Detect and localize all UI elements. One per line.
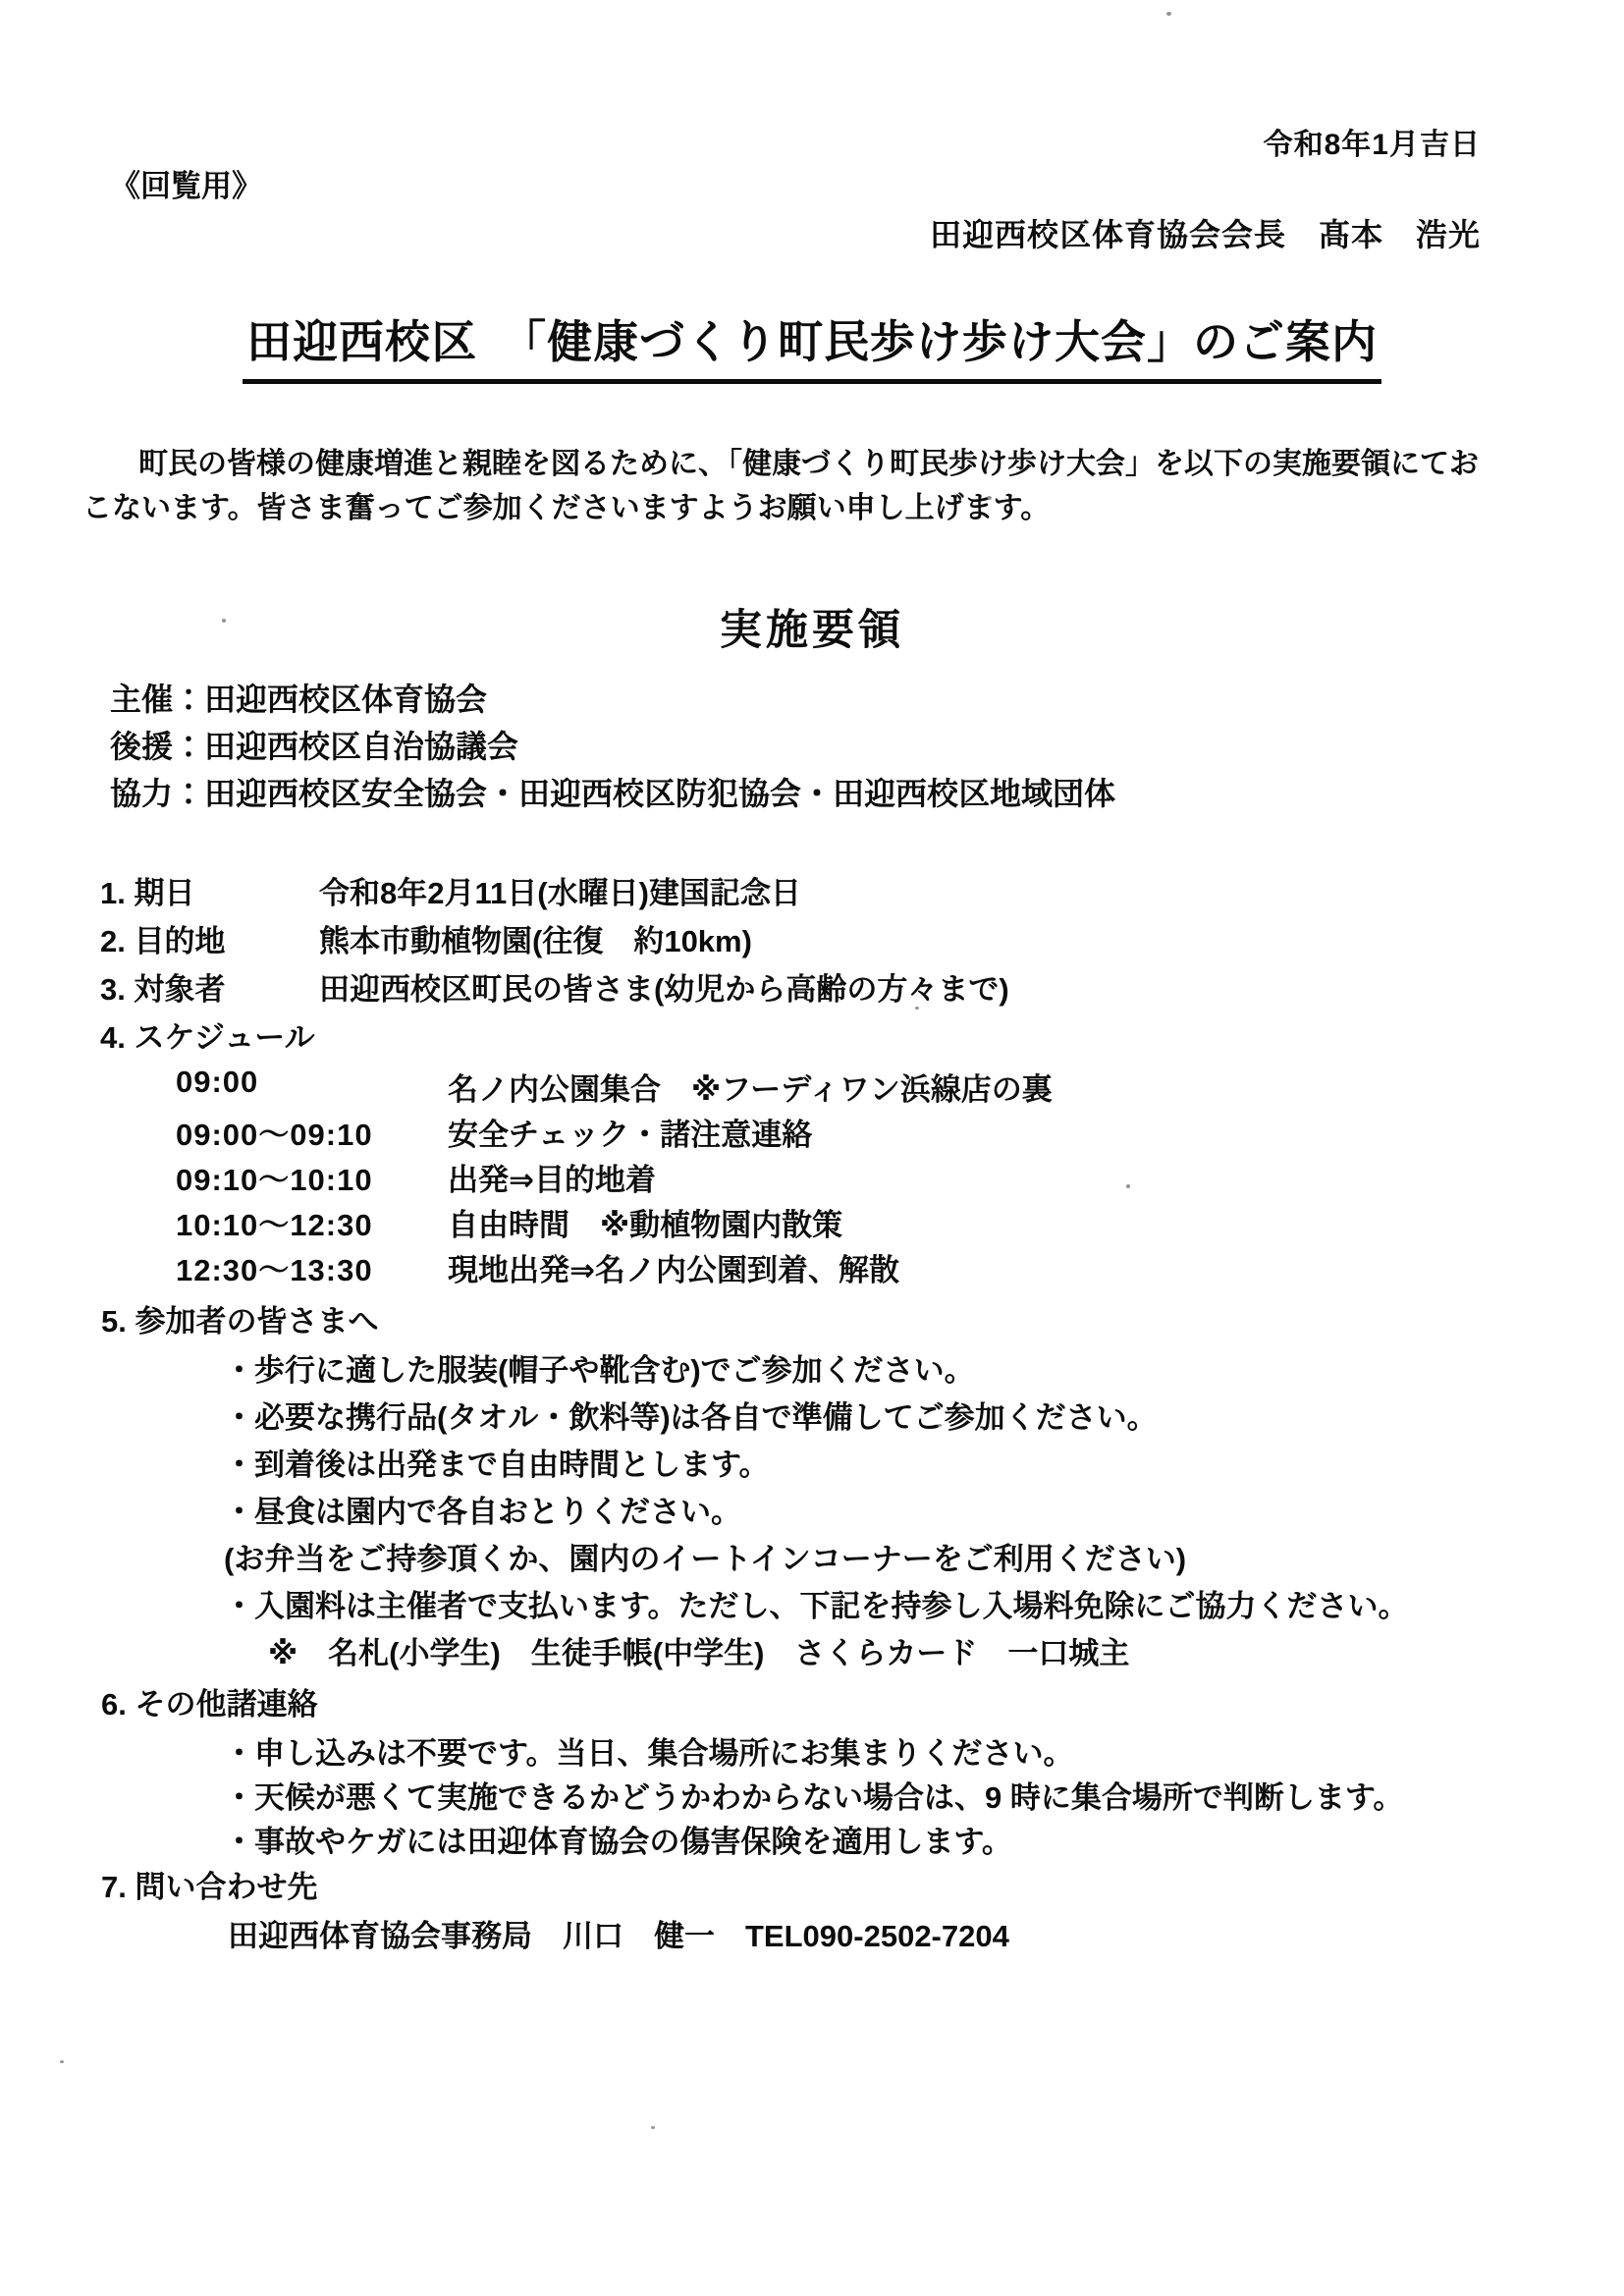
schedule-row: 12:30～13:30 現地出発⇒名ノ内公園到着、解散 (176, 1245, 1053, 1290)
schedule-desc: 名ノ内公園集合 ※フーディワン浜線店の裏 (448, 1065, 1053, 1110)
organizer-support-line: 後援：田迎西校区自治協議会 (110, 723, 1115, 770)
scan-speck (915, 1007, 919, 1010)
section5-heading: 5. 参加者の皆さまへ (101, 1296, 1409, 1345)
organizer-lines: 主催：田迎西校区体育協会 後援：田迎西校区自治協議会 協力：田迎西校区安全協会・… (110, 676, 1115, 817)
agenda-value: 田迎西校区町民の皆さま(幼児から高齢の方々まで) (319, 964, 1009, 1012)
section5-bullet: ・昼食は園内で各自おとりください。 (101, 1487, 1409, 1534)
agenda-value: 令和8年2月11日(水曜日)建国記念日 (319, 868, 801, 916)
schedule-desc: 出発⇒目的地着 (448, 1155, 656, 1200)
agenda-row-schedule: 4. スケジュール (100, 1012, 1009, 1061)
schedule-time: 09:00 (176, 1065, 448, 1110)
agenda-label: 4. スケジュール (100, 1012, 319, 1061)
section5-bullet: ・到着後は出発まで自由時間とします。 (101, 1440, 1409, 1487)
section-contact: 7. 問い合わせ先 田迎西体育協会事務局 川口 健一 TEL090-2502-7… (101, 1862, 1009, 1955)
schedule-desc: 安全チェック・諸注意連絡 (448, 1110, 812, 1155)
section5-bullet: ・歩行に適した服装(帽子や靴含む)でご参加ください。 (101, 1345, 1409, 1393)
agenda-value: 熊本市動植物園(往復 約10km) (319, 916, 752, 964)
schedule-desc: 現地出発⇒名ノ内公園到着、解散 (448, 1245, 899, 1290)
scan-speck (651, 2126, 655, 2129)
agenda-row-date: 1. 期日 令和8年2月11日(水曜日)建国記念日 (100, 868, 1009, 916)
section6-heading: 6. その他諸連絡 (101, 1679, 1403, 1728)
scan-speck (60, 2060, 64, 2063)
section-other-notices: 6. その他諸連絡 ・申し込みは不要です。当日、集合場所にお集まりください。 ・… (101, 1679, 1403, 1861)
section5-bullet: ・必要な携行品(タオル・飲料等)は各自で準備してご参加ください。 (101, 1393, 1409, 1440)
intro-paragraph: 町民の皆様の健康増進と親睦を図るために、「健康づくり町民歩け歩け大会」を以下の実… (82, 442, 1496, 530)
section6-bullet: ・事故やケガには田迎体育協会の傷害保険を適用します。 (101, 1817, 1403, 1861)
schedule-row: 09:10～10:10 出発⇒目的地着 (176, 1155, 1053, 1200)
schedule-time: 09:00～09:10 (176, 1110, 448, 1155)
schedule-time: 10:10～12:30 (176, 1200, 448, 1245)
agenda-row-destination: 2. 目的地 熊本市動植物園(往復 約10km) (100, 916, 1009, 964)
organizer-cooperation-line: 協力：田迎西校区安全協会・田迎西校区防犯協会・田迎西校区地域団体 (110, 770, 1115, 817)
section5-bullet: (お弁当をご持参頂くか、園内のイートインコーナーをご利用ください) (101, 1534, 1409, 1581)
schedule-time: 12:30～13:30 (176, 1245, 448, 1290)
issue-date: 令和8年1月吉日 (1264, 120, 1481, 163)
schedule-row: 10:10～12:30 自由時間 ※動植物園内散策 (176, 1200, 1053, 1245)
implementation-outline-heading: 実施要領 (5, 597, 1619, 657)
agenda-label: 2. 目的地 (100, 916, 319, 964)
contact-line: 田迎西体育協会事務局 川口 健一 TEL090-2502-7204 (101, 1911, 1009, 1955)
agenda-row-participants: 3. 対象者 田迎西校区町民の皆さま(幼児から高齢の方々まで) (100, 964, 1009, 1012)
scan-speck (1126, 1184, 1130, 1188)
document-title: 田迎西校区 「健康づくり町民歩け歩け大会」のご案内 (0, 306, 1624, 384)
scan-speck (1166, 12, 1171, 16)
section6-bullet: ・天候が悪くて実施できるかどうかわからない場合は、9 時に集合場所で判断します。 (101, 1773, 1403, 1817)
section6-bullet: ・申し込みは不要です。当日、集合場所にお集まりください。 (101, 1728, 1403, 1773)
schedule-row: 09:00 名ノ内公園集合 ※フーディワン浜線店の裏 (176, 1065, 1053, 1110)
sender-line: 田迎西校区体育協会会長 髙本 浩光 (930, 210, 1481, 255)
organizer-host-line: 主催：田迎西校区体育協会 (110, 676, 1115, 723)
section7-heading: 7. 問い合わせ先 (101, 1862, 1009, 1911)
schedule-table: 09:00 名ノ内公園集合 ※フーディワン浜線店の裏 09:00～09:10 安… (176, 1065, 1053, 1290)
agenda-label: 1. 期日 (100, 868, 319, 916)
agenda-label: 3. 対象者 (100, 964, 319, 1012)
schedule-desc: 自由時間 ※動植物園内散策 (448, 1200, 842, 1245)
section5-bullet: ・入園料は主催者で支払います。ただし、下記を持参し入場料免除にご協力ください。 (101, 1581, 1409, 1628)
schedule-time: 09:10～10:10 (176, 1155, 448, 1200)
scan-speck (987, 496, 992, 500)
agenda-list: 1. 期日 令和8年2月11日(水曜日)建国記念日 2. 目的地 熊本市動植物園… (100, 868, 1009, 1061)
scanned-notice-page: 令和8年1月吉日 《回覧用》 田迎西校区体育協会会長 髙本 浩光 田迎西校区 「… (0, 0, 1624, 2296)
document-title-text: 田迎西校区 「健康づくり町民歩け歩け大会」のご案内 (243, 306, 1381, 384)
circulation-label: 《回覧用》 (110, 161, 262, 205)
schedule-row: 09:00～09:10 安全チェック・諸注意連絡 (176, 1110, 1053, 1155)
section5-note: ※ 名札(小学生) 生徒手帳(中学生) さくらカード 一口城主 (101, 1628, 1409, 1675)
section-participants: 5. 参加者の皆さまへ ・歩行に適した服装(帽子や靴含む)でご参加ください。 ・… (101, 1296, 1409, 1675)
scan-speck (938, 1424, 942, 1427)
scan-speck (222, 619, 226, 623)
